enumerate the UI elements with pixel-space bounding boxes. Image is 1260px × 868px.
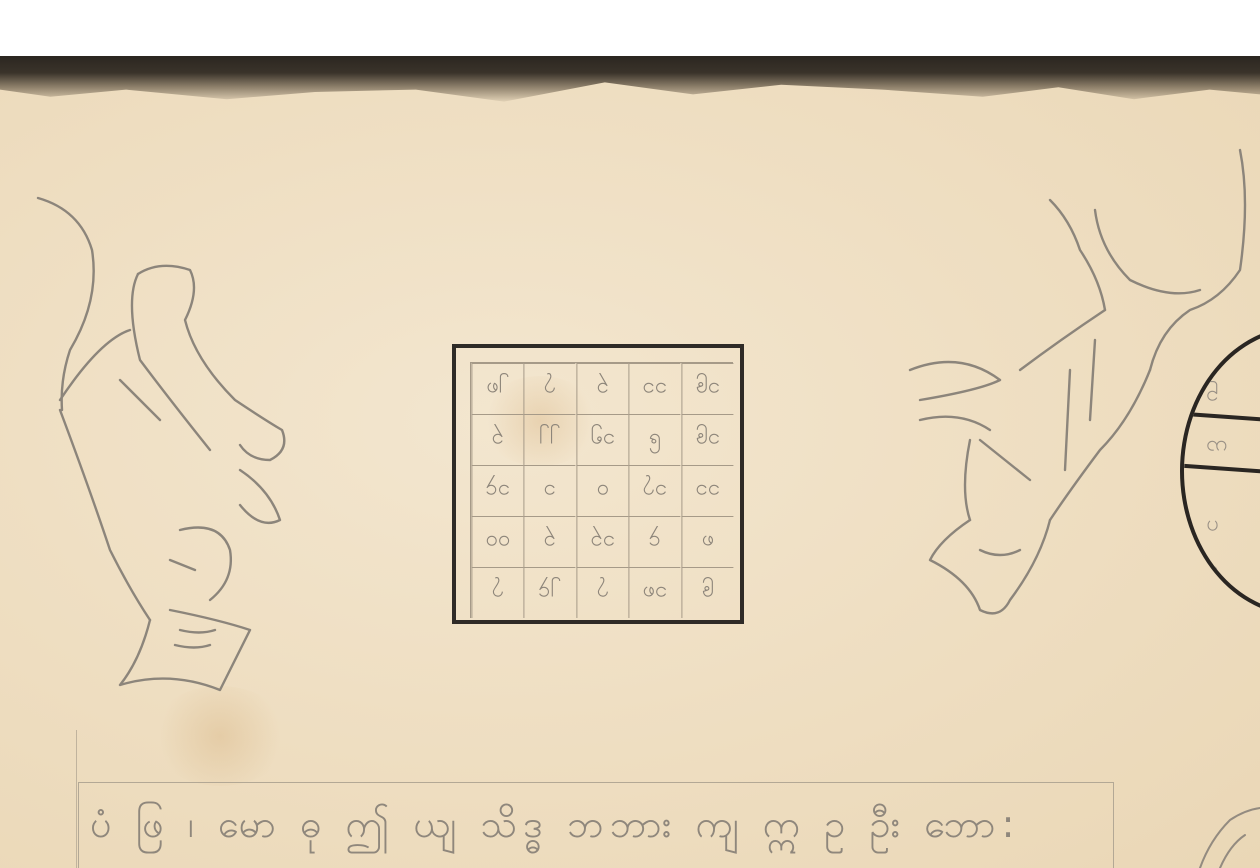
grid-cell: ၁၈ [628,567,680,618]
circle-segment-text: ဥ [1206,380,1218,413]
grid-cell: ၁၉ [681,414,733,465]
grid-cell: ၁၁ [628,363,680,414]
grid-cell: ၆ [628,414,680,465]
grid-cell: ၁ [523,465,575,516]
dark-top-edge [0,56,1260,104]
circle-segment-text: ပ [1206,555,1219,588]
circle-divider [1184,464,1260,484]
partial-sketch-bottom-right [1190,800,1260,868]
grid-cell: ၇ [523,363,575,414]
grid-cell: ၃ [471,414,523,465]
grid-cell: ၄ [628,516,680,567]
grid-cell: ၁၁ [681,465,733,516]
grid-cell: ၇ [471,567,523,618]
grid-cell: ၂၈ [471,363,523,414]
magic-square: ၂၈ ၇ ၃ ၁၁ ၁၉ ၃ ၂၂ ၁၅ ၆ ၁၉ ၁၄ ၁ ၀ ၁၇ ၁၁ ၀… [452,344,744,624]
grid-cell: ၂၄ [523,567,575,618]
circle-segment-text: ဂ [1206,510,1219,543]
grid-cell: ၀၀ [471,516,523,567]
grid-cell: ၀ [576,465,628,516]
grid-cell: ၇ [576,567,628,618]
grid-cell: ၁၉ [681,363,733,414]
margin-rule [76,730,77,868]
grid-cell: ၉ [681,567,733,618]
grid-cell: ၂၂ [523,414,575,465]
grid-cell: ၁၄ [471,465,523,516]
grid-cell: ၈ [681,516,733,567]
grid-cell: ၃ [523,516,575,567]
left-animal-sketch [20,190,300,710]
grid-cell: ၁၅ [576,414,628,465]
grid-cell: ၃ [576,363,628,414]
circle-segment-text: ယ [1206,430,1227,463]
magic-square-grid: ၂၈ ၇ ၃ ၁၁ ၁၉ ၃ ၂၂ ၁၅ ၆ ၁၉ ၁၄ ၁ ၀ ၁၇ ၁၁ ၀… [470,362,733,618]
grid-cell: ၁၃ [576,516,628,567]
burmese-caption: ပံ ဖြ ၊ မော ဓု ဤ ယျ သိဒ္ဓ ဘဘား ကျ ဣ ဥ ဦး… [90,800,1020,856]
grid-cell: ၁၇ [628,465,680,516]
